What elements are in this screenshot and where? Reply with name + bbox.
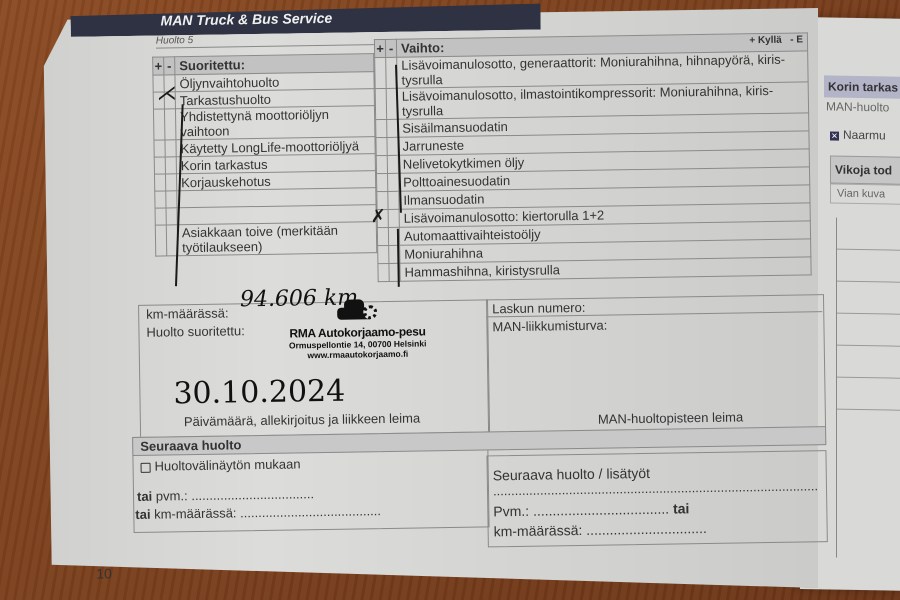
page-number: 10 xyxy=(96,565,112,581)
next-km-label: km-määrässä: xyxy=(154,505,237,521)
invoice-number-label: Laskun numero: xyxy=(492,300,585,316)
no-label: - E xyxy=(790,34,803,45)
next-extra-date-label: Pvm.: xyxy=(493,503,529,520)
mobility-label: MAN-liikkumisturva: xyxy=(492,318,607,335)
plus-column-header: + xyxy=(374,39,385,57)
minus-checkbox[interactable] xyxy=(165,140,176,157)
workshop-stamp: RMA Autokorjaamo-pesu Ormuspellontie 14,… xyxy=(262,296,453,361)
page-content: MAN Truck & Bus Service Huolto 5 + - Suo… xyxy=(0,0,900,600)
handwritten-checkmark-air-filter: ✗ xyxy=(371,206,386,227)
next-date-field[interactable]: .................................. xyxy=(191,486,314,503)
plus-checkbox[interactable] xyxy=(376,119,387,137)
next-date-row: tai pvm.: ..............................… xyxy=(137,486,314,504)
next-extra-km-field[interactable]: ............................... xyxy=(586,520,707,538)
minus-checkbox[interactable] xyxy=(387,155,398,173)
service-interval-display-label: Huoltovälinäytön mukaan xyxy=(154,456,300,473)
plus-checkbox[interactable] xyxy=(375,57,386,88)
next-extra-date-field[interactable]: ................................... xyxy=(533,501,669,519)
next-service-title: Seuraava huolto xyxy=(140,437,241,454)
minus-checkbox[interactable] xyxy=(166,191,177,208)
handwritten-checkmark-oil-change: ⋌ xyxy=(157,80,177,104)
checklist-item-label: Yhdistettynä moottoriöljyn vaihtoon xyxy=(175,106,374,140)
minus-checkbox[interactable] xyxy=(164,109,175,140)
minus-checkbox[interactable] xyxy=(388,173,399,191)
km-label: km-määrässä: xyxy=(146,305,229,321)
service-done-label: Huolto suoritettu: xyxy=(146,323,245,340)
minus-checkbox[interactable] xyxy=(388,209,399,227)
handwritten-service-date: 30.10.2024 xyxy=(173,374,345,412)
next-extra-km-row: km-määrässä: ...........................… xyxy=(494,520,707,539)
plus-checkbox[interactable] xyxy=(377,173,388,191)
minus-column-header: - xyxy=(164,57,175,75)
plus-checkbox[interactable] xyxy=(154,174,165,191)
brand-title: MAN Truck & Bus Service xyxy=(160,10,332,29)
plus-checkbox[interactable] xyxy=(155,208,166,225)
service-interval-display-option[interactable]: Huoltovälinäytön mukaan xyxy=(140,456,300,474)
plus-checkbox[interactable] xyxy=(155,225,166,256)
plus-column-header: + xyxy=(153,57,164,75)
next-extra-km-label: km-määrässä: xyxy=(494,522,583,539)
checklist-row: Asiakkaan toive (merkitään työtilaukseen… xyxy=(155,222,376,256)
next-extra-date-row: Pvm.: ..................................… xyxy=(493,500,689,519)
or-word: tai xyxy=(137,489,152,504)
plus-checkbox[interactable] xyxy=(154,157,165,174)
next-km-field[interactable]: ....................................... xyxy=(240,503,381,520)
next-date-label: pvm.: xyxy=(156,488,188,503)
service-number: Huolto 5 xyxy=(156,35,193,47)
or-word: tai xyxy=(135,507,150,522)
minus-checkbox[interactable] xyxy=(388,191,399,209)
checklist-item-label: Asiakkaan toive (merkitään työtilaukseen… xyxy=(177,222,376,256)
plus-checkbox[interactable] xyxy=(378,263,389,281)
performed-table: + - Suoritettu: ÖljynvaihtohuoltoTarkast… xyxy=(152,53,377,256)
plus-checkbox[interactable] xyxy=(378,245,389,263)
minus-checkbox[interactable] xyxy=(166,208,177,225)
minus-checkbox[interactable] xyxy=(165,174,176,191)
plus-checkbox[interactable] xyxy=(375,88,386,119)
minus-column-header: - xyxy=(385,39,396,57)
service-point-stamp-label: MAN-huoltopisteen leima xyxy=(598,409,743,426)
plus-checkbox[interactable] xyxy=(153,109,164,140)
replacement-table: + - Vaihto: + Kyllä - E Lisävoimanulosot… xyxy=(374,32,812,282)
plus-checkbox[interactable] xyxy=(154,140,165,157)
checklist-row: Yhdistettynä moottoriöljyn vaihtoon xyxy=(153,106,374,140)
plus-checkbox[interactable] xyxy=(377,227,388,245)
yes-no-legend: + Kyllä - E xyxy=(749,34,803,46)
car-gear-logo-icon xyxy=(335,297,379,324)
plus-checkbox[interactable] xyxy=(376,155,387,173)
yes-label: + Kyllä xyxy=(749,35,782,47)
plus-checkbox[interactable] xyxy=(376,137,387,155)
or-word: tai xyxy=(673,500,690,516)
plus-checkbox[interactable] xyxy=(155,191,166,208)
checkbox-icon[interactable] xyxy=(141,462,151,472)
replacement-title: Vaihto: xyxy=(401,40,445,56)
minus-checkbox[interactable] xyxy=(165,157,176,174)
